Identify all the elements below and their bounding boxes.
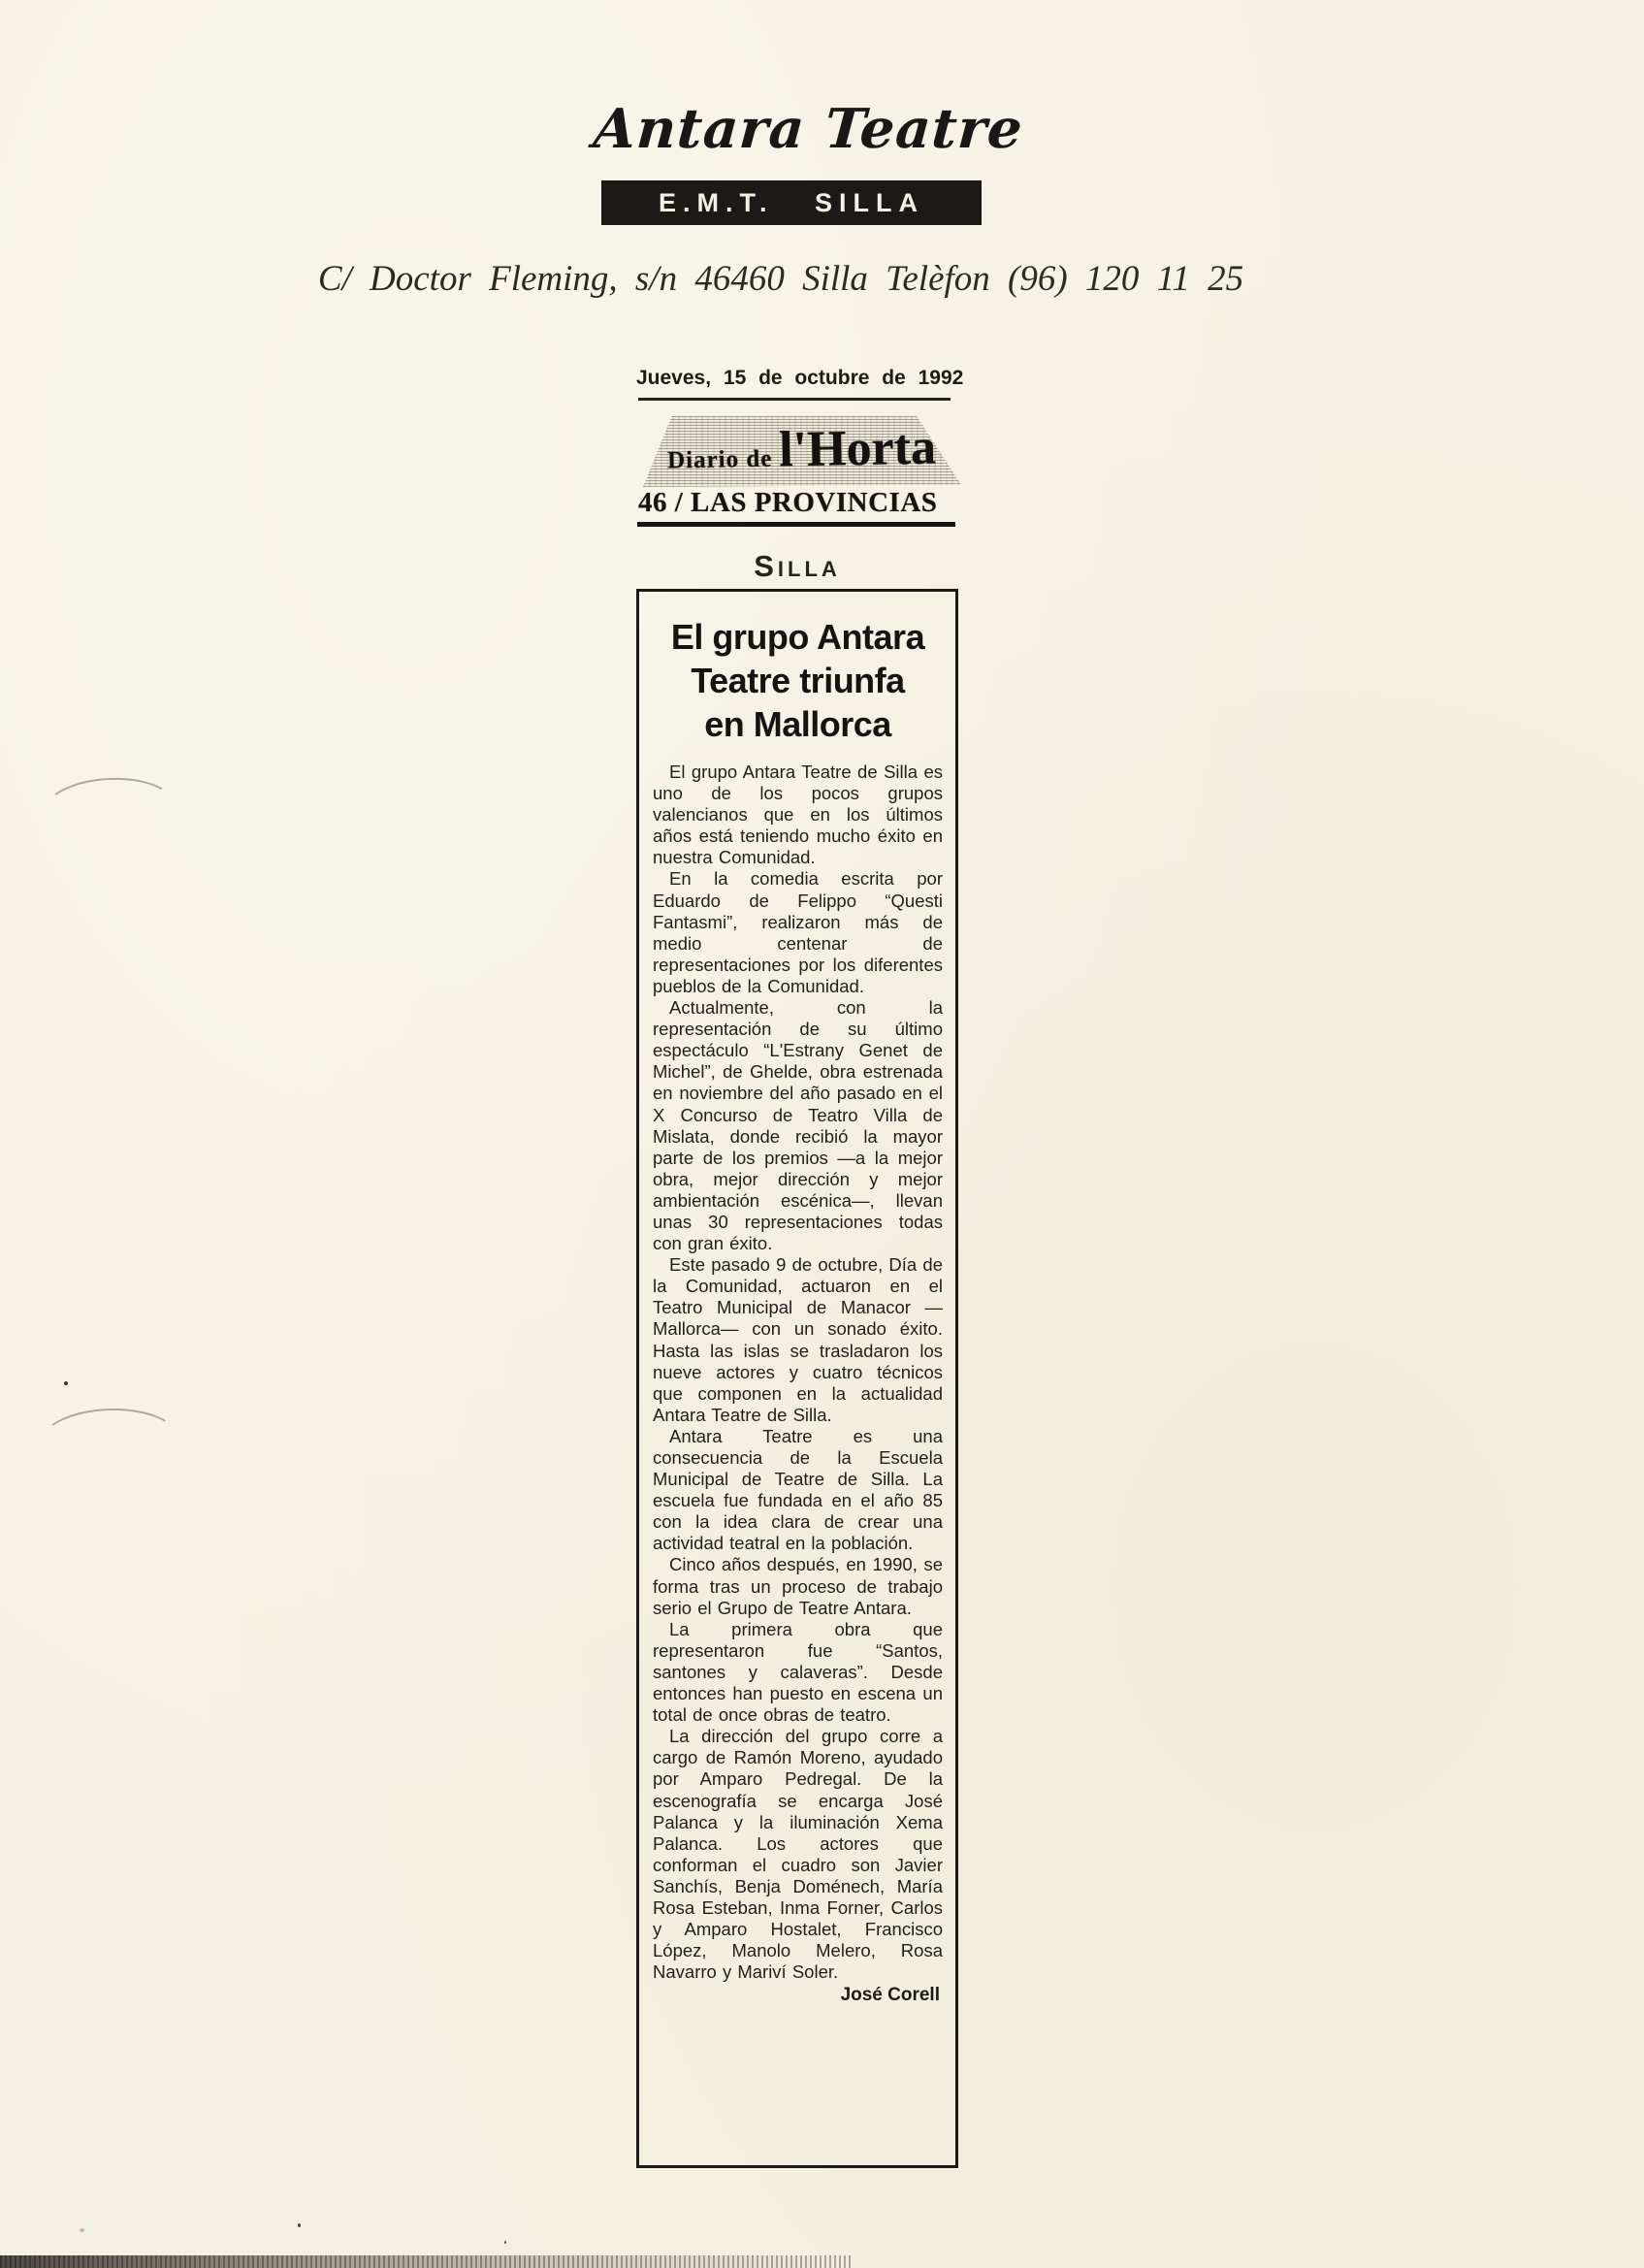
clipping-date: Jueves, 15 de octubre de 1992: [636, 367, 958, 390]
masthead-diario-de: Diario de: [667, 445, 780, 473]
article-body: El grupo Antara Teatre de Silla es uno d…: [653, 761, 943, 1983]
article-headline: El grupo Antara Teatre triunfa en Mallor…: [653, 615, 943, 746]
article-paragraph: Actualmente, con la representación de su…: [653, 997, 943, 1254]
masthead-text: Diario del'Horta: [667, 414, 937, 498]
headline-line-1: El grupo Antara: [653, 615, 943, 659]
article-paragraph: Cinco años después, en 1990, se forma tr…: [653, 1554, 943, 1618]
rule-under-date: [638, 398, 951, 401]
logo-antara-teatre-script: Antara Teatre: [592, 97, 994, 161]
scan-artifact-speck: [64, 1381, 68, 1385]
newspaper-masthead: Diario del'Horta: [643, 416, 961, 487]
scan-artifact-speck: [504, 2241, 506, 2244]
article-paragraph: La dirección del grupo corre a cargo de …: [653, 1726, 943, 1983]
logo-emt-silla-bar: E.M.T. SILLA: [601, 180, 982, 225]
article-byline: José Corell: [653, 1985, 943, 2006]
masthead-lhorta: l'Horta: [779, 420, 937, 478]
article-paragraph: Antara Teatre es una consecuencia de la …: [653, 1426, 943, 1555]
scan-artifact-arc: [41, 774, 177, 845]
letterhead-address: C/ Doctor Fleming, s/n 46460 Silla Telèf…: [291, 258, 1271, 300]
scan-artifact-speck: [80, 2228, 84, 2232]
headline-line-3: en Mallorca: [653, 702, 943, 746]
article-paragraph: El grupo Antara Teatre de Silla es uno d…: [653, 761, 943, 868]
scan-artifact-speck: [298, 2223, 301, 2227]
scan-artifact-arc: [38, 1406, 181, 1478]
scan-artifact-bottom-edge: [0, 2255, 854, 2268]
article-paragraph: Este pasado 9 de octubre, Día de la Comu…: [653, 1254, 943, 1426]
section-title-silla: Silla: [636, 549, 958, 584]
headline-line-2: Teatre triunfa: [653, 659, 943, 702]
article-paragraph: En la comedia escrita por Eduardo de Fel…: [653, 868, 943, 997]
newspaper-page-reference: 46 / LAS PROVINCIAS: [638, 487, 960, 519]
rule-under-page-reference: [637, 522, 955, 527]
article-box: El grupo Antara Teatre triunfa en Mallor…: [636, 589, 958, 2168]
scanned-letterhead-page: Antara Teatre E.M.T. SILLA C/ Doctor Fle…: [0, 0, 1644, 2268]
article-paragraph: La primera obra que representaron fue “S…: [653, 1619, 943, 1726]
